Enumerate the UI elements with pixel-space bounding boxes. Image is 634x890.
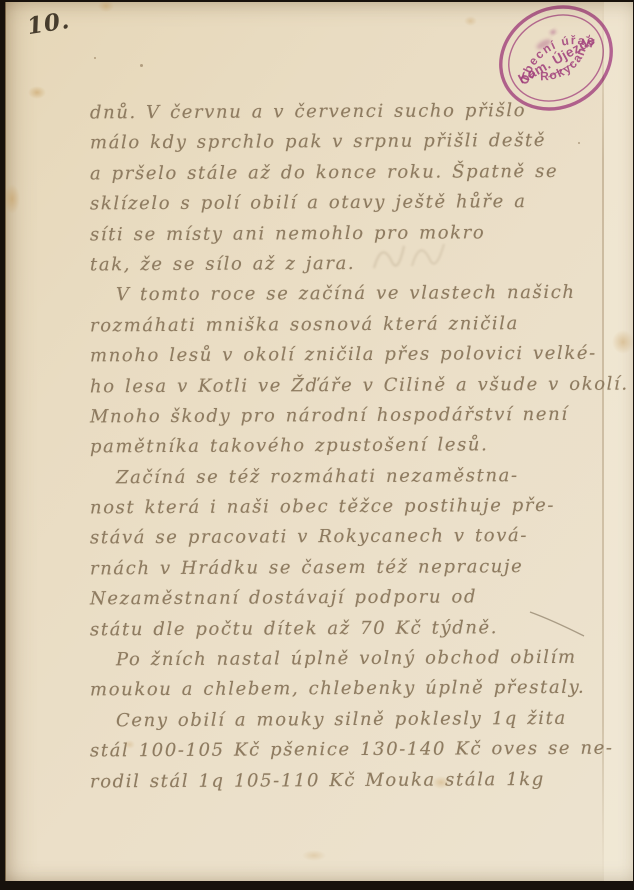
- manuscript-line: rnách v Hrádku se časem též nepracuje: [90, 551, 612, 584]
- stamp-ink-smudge: [550, 29, 557, 35]
- manuscript-line: síti se místy ani nemohlo pro mokro: [90, 217, 612, 250]
- manuscript-line: rozmáhati mniška sosnová která zničila: [90, 308, 612, 341]
- photo-background: 10. Obecní úřad Kam. Újezdě: [0, 0, 634, 890]
- foxing-spot: [464, 16, 477, 26]
- manuscript-line: moukou a chlebem, chlebenky úplně přesta…: [90, 673, 612, 706]
- manuscript-line: a pršelo stále až do konce roku. Špatně …: [90, 156, 612, 189]
- foxing-spot: [302, 850, 326, 861]
- ink-bleedthrough: [364, 232, 454, 282]
- manuscript-line: stál 100-105 Kč pšenice 130-140 Kč oves …: [90, 734, 612, 767]
- manuscript-line: mnoho lesů v okolí zničila přes polovici…: [90, 339, 612, 372]
- manuscript-line: Mnoho škody pro národní hospodářství nen…: [90, 400, 612, 433]
- manuscript-page: 10. Obecní úřad Kam. Újezdě: [5, 2, 633, 881]
- foxing-spot: [5, 184, 20, 214]
- manuscript-line: tak, že se sílo až z jara.: [90, 248, 612, 281]
- foxing-spot: [28, 86, 46, 99]
- manuscript-line: dnů. V červnu a v červenci sucho přišlo: [90, 96, 612, 129]
- manuscript-line: V tomto roce se začíná ve vlastech našic…: [90, 278, 612, 311]
- manuscript-line: sklízelo s polí obilí a otavy ještě hůře…: [90, 187, 612, 220]
- manuscript-line: pamětníka takového zpustošení lesů.: [90, 430, 612, 463]
- pencil-stroke: [526, 606, 590, 646]
- manuscript-line: stává se pracovati v Rokycanech v tová-: [90, 521, 612, 554]
- ink-speck: [94, 57, 96, 59]
- manuscript-line: Ceny obilí a mouky silně poklesly 1q žit…: [90, 703, 612, 736]
- ink-speck: [140, 64, 143, 67]
- manuscript-line: ho lesa v Kotli ve Žďáře v Cilině a všud…: [90, 369, 612, 402]
- manuscript-line: málo kdy sprchlo pak v srpnu přišli dešt…: [90, 126, 612, 159]
- manuscript-text: dnů. V červnu a v červenci sucho přišlo …: [90, 97, 612, 796]
- manuscript-line: rodil stál 1q 105-110 Kč Mouka stála 1kg: [90, 764, 612, 797]
- foxing-spot: [98, 2, 114, 12]
- manuscript-line: Po žních nastal úplně volný obchod obilí…: [90, 643, 612, 676]
- manuscript-line: nost která i naši obec těžce postihuje p…: [90, 491, 612, 524]
- ink-speck: [578, 142, 580, 144]
- page-number: 10.: [25, 7, 72, 40]
- manuscript-line: Začíná se též rozmáhati nezaměstna-: [90, 460, 612, 493]
